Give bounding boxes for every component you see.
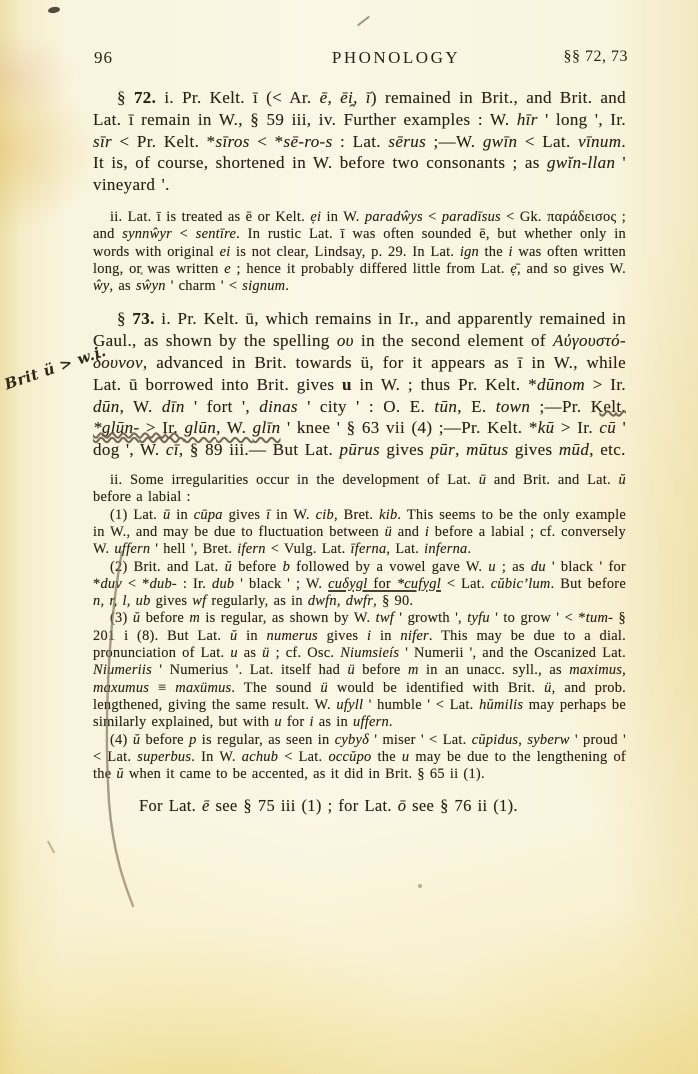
text-run: gives (508, 440, 558, 459)
italic-text: numerus (267, 628, 318, 644)
text-run: and Brit. and Lat. (486, 472, 618, 488)
pencil-underlined-text: glīn (253, 418, 281, 437)
italic-text: town (496, 397, 530, 416)
italic-text: maxümus (175, 680, 231, 696)
italic-text: tum- (586, 610, 613, 626)
text-run: the (479, 244, 509, 260)
pencil-slash-mark (357, 16, 370, 27)
text-run: ; hence it probably differed little from… (231, 261, 511, 277)
text-run: 72. (134, 88, 156, 107)
text-run: ' city ' : O. E. (298, 397, 435, 416)
italic-text: ü (544, 680, 551, 696)
text-run: (3) (110, 610, 133, 626)
italic-text: ü (385, 524, 392, 540)
text-run: (2) Brit. and Lat. (110, 559, 225, 575)
text-run: : Lat. (333, 132, 389, 151)
text-run: in (170, 507, 193, 523)
text-run: < * (250, 132, 284, 151)
text-run: § (117, 309, 132, 328)
italic-text: dūnom (537, 375, 585, 394)
section-reference: §§ 72, 73 (564, 48, 629, 66)
text-run: as (238, 645, 262, 661)
text-run: , § 89 iii.— But Lat. (179, 440, 340, 459)
italic-text: uffern (353, 714, 389, 730)
italic-text: nifer (400, 628, 428, 644)
text-run: , and so gives W. (517, 261, 626, 277)
paragraph-73-i: § 73. i. Pr. Kelt. ū, which remains in I… (93, 308, 626, 461)
text-run: . (285, 278, 289, 294)
italic-text: mūd (559, 440, 589, 459)
text-run: ii. Some irregularities occur in the dev… (110, 472, 479, 488)
text-run: as in (314, 714, 353, 730)
italic-text: cib (316, 507, 334, 523)
text-run: before (140, 732, 189, 748)
italic-text: sīr (93, 132, 112, 151)
text-run: . But before (551, 576, 626, 592)
page-number: 96 (94, 48, 113, 68)
text-run: when it came to be accented, as it did i… (124, 766, 485, 782)
italic-text: ŭ (225, 559, 232, 575)
text-run: before (140, 610, 189, 626)
pencil-slash-mark-left (47, 840, 55, 853)
italic-text: dīn (162, 397, 185, 416)
text-run: 73. (132, 309, 154, 328)
italic-text: u (274, 714, 281, 730)
text-run: ' Numerii ', and the Oscanized Lat. (399, 645, 626, 661)
text-run: , W. (120, 397, 162, 416)
italic-text: kib (379, 507, 397, 523)
text-run: > Ir. (554, 418, 599, 437)
italic-text: ign (460, 244, 479, 260)
text-run: ' long ', Ir. (538, 110, 626, 129)
text-run: < Pr. Kelt. * (112, 132, 216, 151)
italic-text: m (189, 610, 200, 626)
text-run: < Vulg. Lat. (266, 541, 351, 557)
text-run: , (455, 440, 466, 459)
text-run: ' hell ', Bret. (150, 541, 237, 557)
cross-reference-note: For Lat. ē see § 75 iii (1) ; for Lat. ō… (93, 796, 626, 816)
text-run: . (467, 541, 471, 557)
italic-text: hŭmilis (479, 697, 523, 713)
italic-text: tūn (434, 397, 457, 416)
text-run: ≡ (149, 680, 175, 696)
italic-text: pūr (430, 440, 455, 459)
paragraph-73-ii-4: (4) ŭ before p is regular, as seen in cy… (93, 732, 626, 784)
text-run: in W. ; thus Pr. Kelt. * (352, 375, 537, 394)
italic-text: gwīn (483, 132, 517, 151)
italic-text: sē-ro-s (284, 132, 333, 151)
italic-text: signum (242, 278, 285, 294)
text-run: , as (110, 278, 136, 294)
page-header: 96 PHONOLOGY §§ 72, 73 (0, 48, 698, 72)
text-run: in an unacc. syll., as (419, 662, 570, 678)
text-run: , Bret. (334, 507, 379, 523)
italic-text: e (224, 261, 231, 277)
italic-text: ŭ (619, 472, 626, 488)
italic-text: pūrus (340, 440, 380, 459)
text-run: . In W. (191, 749, 242, 765)
pencil-underlined-text: cī (166, 440, 179, 459)
text-run: < Lat. (441, 576, 491, 592)
text-run: and (392, 524, 425, 540)
scanned-book-page: 96 PHONOLOGY §§ 72, 73 § 72. i. Pr. Kelt… (0, 0, 698, 1074)
italic-text: hīr (517, 110, 538, 129)
paragraph-73-ii-2: (2) Brit. and Lat. ŭ before b followed b… (93, 559, 626, 611)
text-run: before a labial : (93, 489, 191, 505)
italic-text: du (531, 559, 546, 575)
italic-text: m (408, 662, 419, 678)
italic-text: ü (320, 680, 327, 696)
paragraph-73-ii-intro: ii. Some irregularities occur in the dev… (93, 472, 626, 507)
pencil-underlined-text: cuδygl (328, 576, 367, 592)
text-run: u (342, 375, 352, 394)
italic-text: inferna (424, 541, 467, 557)
text-run: in the second element of (354, 331, 553, 350)
text-run: , Lat. (386, 541, 424, 557)
italic-text: superbus (137, 749, 191, 765)
italic-text: dub- (150, 576, 177, 592)
italic-text: paradŵys (365, 209, 423, 225)
text-run: ' fort ', (185, 397, 260, 416)
text-run: i. Pr. Kelt. ī (< Ar. (156, 88, 319, 107)
text-run: gives (151, 593, 193, 609)
text-run: in W. (321, 209, 365, 225)
italic-text: u (488, 559, 495, 575)
text-run: in W. (270, 507, 315, 523)
text-run: ' black ' ; W. (234, 576, 328, 592)
text-run: would be identified with Brit. (328, 680, 544, 696)
text-run: , E. (457, 397, 496, 416)
italic-text: īferna (351, 541, 387, 557)
italic-text: cybyδ (335, 732, 369, 748)
text-run: ' charm ' < (166, 278, 243, 294)
text-run: followed by a vowel gave W. (290, 559, 488, 575)
italic-text: ŵy (93, 278, 110, 294)
paragraph-72-i: § 72. i. Pr. Kelt. ī (< Ar. ē, ēi̯, ī) r… (93, 87, 626, 196)
italic-text: occŭpo (328, 749, 371, 765)
text-run: ' growth ', (394, 610, 467, 626)
italic-text: gwĭn-llan (547, 153, 615, 172)
italic-text: u (230, 645, 237, 661)
text-run: < Lat. (278, 749, 328, 765)
text-run: is regular, as shown by W. (200, 610, 376, 626)
text-run: gives (318, 628, 367, 644)
text-run: , (337, 593, 346, 609)
pencil-underlined-text: *cufygl (397, 576, 441, 592)
text-run: . (389, 714, 393, 730)
italic-text: sentīre (196, 226, 236, 242)
italic-text: duv (100, 576, 122, 592)
italic-text: uffern (114, 541, 150, 557)
text-run: the (372, 749, 402, 765)
italic-text: dub (212, 576, 234, 592)
text-run: : Ir. (177, 576, 212, 592)
text-run: (4) (110, 732, 133, 748)
text-run: ' to grow ' < * (490, 610, 586, 626)
text-run: in (237, 628, 266, 644)
paragraph-73-ii-3: (3) ŭ before m is regular, as shown by W… (93, 610, 626, 731)
italic-text: ẹ̄ (510, 261, 517, 277)
pencil-underlined-text: > Ir. (139, 418, 184, 437)
italic-text: syberw (527, 732, 569, 748)
italic-text: ē (202, 796, 210, 815)
text-run: For Lat. (139, 796, 202, 815)
italic-text: dūn (93, 397, 120, 416)
italic-text: twf (376, 610, 394, 626)
text-run: in (371, 628, 400, 644)
text-run: < * (122, 576, 150, 592)
text-run: before (355, 662, 408, 678)
italic-text: cŭbic’lum (491, 576, 551, 592)
italic-text: ē, ēi̯, ī (320, 88, 371, 107)
italic-text: n, r, l, ub (93, 593, 151, 609)
pencil-underlined-text: for (368, 576, 397, 592)
italic-text: ü (262, 645, 269, 661)
ink-speck (48, 6, 61, 14)
text-run: < (172, 226, 196, 242)
pencil-underlined-text: , W. (216, 418, 253, 437)
italic-text: tyfu (467, 610, 490, 626)
text-run: gives (223, 507, 266, 523)
text-run: for (282, 714, 310, 730)
italic-text: ẹi (310, 209, 321, 225)
italic-text: ō (398, 796, 407, 815)
italic-text: dinas (259, 397, 298, 416)
text-run: before (232, 559, 283, 575)
text-run: ' humble ' < Lat. (363, 697, 479, 713)
text-run: see § 75 iii (1) ; for Lat. (210, 796, 398, 815)
italic-text: cūpa (194, 507, 223, 523)
italic-text: dwfn (308, 593, 337, 609)
text-run: (1) Lat. (110, 507, 163, 523)
italic-text: synnŵyr (122, 226, 172, 242)
text-block: § 72. i. Pr. Kelt. ī (< Ar. ē, ēi̯, ī) r… (0, 87, 698, 816)
italic-text: maximus (569, 662, 622, 678)
italic-text: wf (192, 593, 206, 609)
text-run: see § 76 ii (1). (406, 796, 518, 815)
text-run: ; cf. Osc. (270, 645, 341, 661)
text-run: is regular, as seen in (197, 732, 335, 748)
italic-text: achub (242, 749, 278, 765)
text-run: § (117, 88, 134, 107)
text-run: ' knee ' § 63 vii (4) ;—Pr. Kelt. * (281, 418, 538, 437)
italic-text: ei (220, 244, 231, 260)
paper-speck (418, 884, 422, 888)
italic-text: dwfr (346, 593, 373, 609)
italic-text: ου (337, 331, 354, 350)
text-run: ' miser ' < Lat. (369, 732, 472, 748)
italic-text: mūtus (466, 440, 508, 459)
text-run: < (423, 209, 442, 225)
italic-text: ifern (237, 541, 265, 557)
paragraph-73-ii-1: (1) Lat. ū in cūpa gives ī in W. cib, Br… (93, 507, 626, 559)
running-title: PHONOLOGY (332, 48, 460, 68)
italic-text: cŭpidus (472, 732, 519, 748)
text-run: > Ir. (585, 375, 626, 394)
italic-text: sīros (216, 132, 250, 151)
text-run: ;—Pr. Kelt. (530, 397, 626, 416)
italic-text: sērus (388, 132, 426, 151)
italic-text: maxumus (93, 680, 149, 696)
pencil-underlined-text: glūn (184, 418, 216, 437)
pencil-underlined-text: *glūn- (93, 418, 139, 437)
text-run: , etc. (589, 440, 625, 459)
pencil-underlined-text: cū (599, 418, 616, 437)
text-run: . The sound (231, 680, 320, 696)
italic-text: vīnum (578, 132, 621, 151)
italic-text: paradīsus (442, 209, 501, 225)
italic-text: Niumeriis (93, 662, 152, 678)
paragraph-72-ii: ii. Lat. ī is treated as ē or Kelt. ẹi i… (93, 209, 626, 295)
italic-text: ŭ (116, 766, 123, 782)
text-run: < Lat. (517, 132, 578, 151)
italic-text: ufyll (336, 697, 363, 713)
text-run: gives (380, 440, 430, 459)
text-run: is not clear, Lindsay, p. 29. In Lat. (230, 244, 459, 260)
italic-text: kū (538, 418, 555, 437)
italic-text: ü (347, 662, 354, 678)
text-run: ii. Lat. ī is treated as ē or Kelt. (110, 209, 310, 225)
text-run: ;—W. (426, 132, 483, 151)
text-run: , (622, 662, 626, 678)
text-run: ; as (496, 559, 531, 575)
text-run: , § 90. (373, 593, 413, 609)
italic-text: p (189, 732, 196, 748)
italic-text: sŵyn (136, 278, 166, 294)
italic-text: b (283, 559, 290, 575)
text-run: regularly, as in (206, 593, 307, 609)
text-run: ' Numerius '. Lat. itself had (152, 662, 347, 678)
italic-text: Niumsieís (340, 645, 399, 661)
